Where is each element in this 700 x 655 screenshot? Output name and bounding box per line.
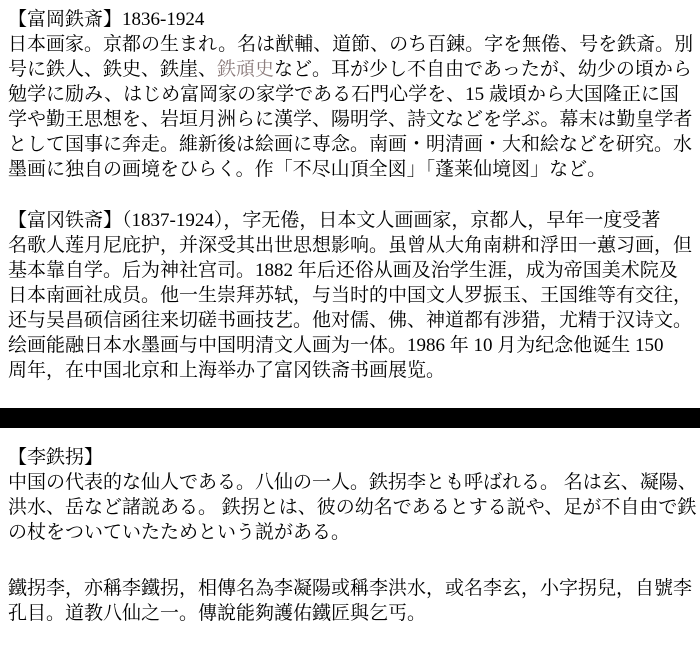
text-line: 学や勤王思想を、岩垣月洲らに漢学、陽明学、詩文などを学ぶ。幕末は勤皇学者 [8,107,698,132]
entry-title: 【富岡鉄斎】1836-1924 [8,7,698,32]
text-line: の杖をついていたためという説がある。 [8,520,698,545]
text-line: として国事に奔走。維新後は絵画に専念。南画・明清画・大和絵などを研究。水 [8,132,698,157]
document-page: 【富岡鉄斎】1836-1924 日本画家。京都の生まれ。名は猷輔、道節、のち百錬… [0,0,700,655]
text-line: 日本南画社成员。他一生崇拜苏轼，与当时的中国文人罗振玉、王国维等有交往， [8,283,698,308]
text-line: 勉学に励み、はじめ富岡家の家学である石門心学を、15 歳頃から大国隆正に国 [8,82,698,107]
text-line: 【富冈铁斋】（1837-1924），字无倦，日本文人画画家，京都人，早年一度受著 [8,208,698,233]
text-line: 还与吴昌硕信函往来切磋书画技艺。他对儒、佛、神道都有涉猎，尤精于汉诗文。 [8,308,698,333]
entry-tomioka-tessai-zh: 【富冈铁斋】（1837-1924），字无倦，日本文人画画家，京都人，早年一度受著… [8,208,698,383]
entry-tomioka-tessai-ja: 【富岡鉄斎】1836-1924 日本画家。京都の生まれ。名は猷輔、道節、のち百錬… [8,7,698,182]
entry-li-tieguai-zh: 鐵拐李，亦稱李鐵拐，相傳名為李凝陽或稱李洪水，或名李玄，小字拐兒，自號李 孔目。… [8,576,698,626]
text-line: 孔目。道教八仙之一。傳說能夠護佑鐵匠與乞丐。 [8,601,698,626]
text-segment: など。耳が少し不自由であったが、幼少の頃から [274,59,692,80]
text-line: 鐵拐李，亦稱李鐵拐，相傳名為李凝陽或稱李洪水，或名李玄，小字拐兒，自號李 [8,576,698,601]
entry-title: 【李鉄拐】 [8,445,698,470]
text-line: 号に鉄人、鉄史、鉄崖、鉄頑史など。耳が少し不自由であったが、幼少の頃から [8,57,698,82]
section-divider-bar [0,408,700,428]
accent-alias-text: 鉄頑史 [217,59,274,80]
text-line: 绘画能融日本水墨画与中国明清文人画为一体。1986 年 10 月为纪念他诞生 1… [8,333,698,358]
entry-li-tieguai-ja: 【李鉄拐】 中国の代表的な仙人である。八仙の一人。鉄拐李とも呼ばれる。 名は玄、… [8,445,698,545]
text-segment: 号に鉄人、鉄史、鉄崖、 [8,59,217,80]
text-line: 洪水、岳など諸説ある。 鉄拐とは、彼の幼名であるとする説や、足が不自由で鉄 [8,495,698,520]
text-line: 基本靠自学。后为神社宫司。1882 年后还俗从画及治学生涯，成为帝国美术院及 [8,258,698,283]
text-line: 日本画家。京都の生まれ。名は猷輔、道節、のち百錬。字を無倦、号を鉄斎。別 [8,32,698,57]
text-line: 墨画に独自の画境をひらく。作「不尽山頂全図」「蓬莱仙境図」など。 [8,157,698,182]
text-line: 周年，在中国北京和上海举办了富冈铁斋书画展览。 [8,358,698,383]
text-line: 名歌人莲月尼庇护，并深受其出世思想影响。虽曾从大角南耕和浮田一蕙习画，但 [8,233,698,258]
text-line: 中国の代表的な仙人である。八仙の一人。鉄拐李とも呼ばれる。 名は玄、凝陽、 [8,470,698,495]
